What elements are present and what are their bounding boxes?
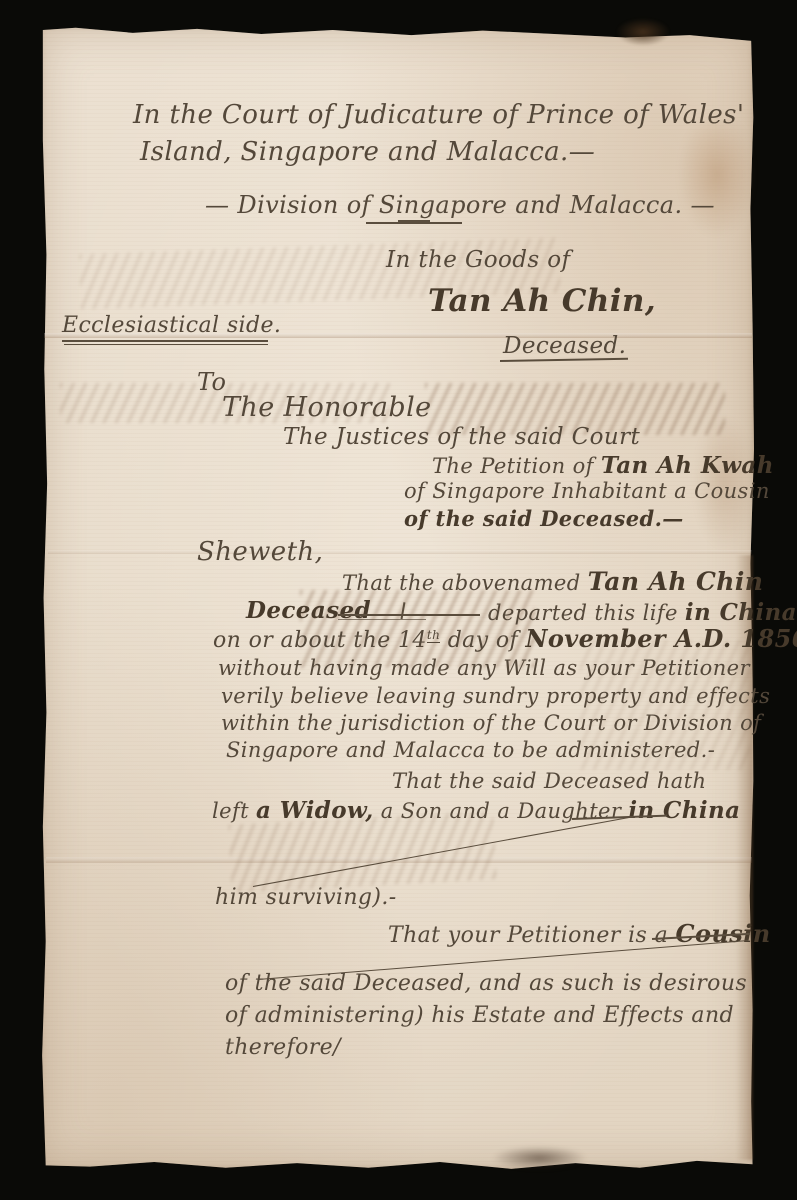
ecclesiastical-underline — [62, 340, 268, 342]
para2-line3: him surviving).- — [215, 886, 397, 910]
deceased-name: Tan Ah Chin, — [428, 284, 656, 318]
petition-intro-line: The Petition of Tan Ah Kwah — [432, 453, 774, 478]
para3-line4: therefore/ — [225, 1036, 341, 1060]
para1-departed-text: departed this life — [488, 601, 678, 625]
ecclesiastical-side-label: Ecclesiastical side. — [62, 314, 281, 338]
son-daughter-text: a Son and a Daughter — [381, 799, 622, 823]
death-date-text: November A.D. 1856.- — [526, 624, 797, 653]
division-header: — Division of Singapore and Malacca. — — [205, 192, 715, 218]
salutation-honorable: The Honorable — [222, 393, 432, 423]
para3-line2: of the said Deceased, and as such is des… — [225, 972, 747, 996]
left-text: left — [212, 799, 249, 823]
blank-fill-line2 — [338, 619, 426, 620]
petition-line3: of the said Deceased.— — [404, 507, 684, 530]
petitioner-is-a-text: That your Petitioner is a — [388, 923, 668, 948]
para1-line1-text: That the abovenamed — [342, 571, 581, 595]
para1-line7: Singapore and Malacca to be administered… — [226, 739, 715, 762]
date-ordinal: th — [427, 628, 440, 643]
in-china-text2: in China — [628, 797, 740, 824]
in-goods-of-label: In the Goods of — [386, 248, 570, 273]
deceased-name-inline: Tan Ah Chin — [588, 567, 764, 596]
para2-line2: left a Widow, a Son and a Daughter in Ch… — [212, 798, 740, 823]
petition-intro-text: The Petition of — [432, 454, 594, 478]
blank-fill-line — [338, 614, 480, 616]
para2-line1: That the said Deceased hath — [392, 770, 706, 793]
day-of-text: day of — [448, 628, 518, 653]
court-header-line2: Island, Singapore and Malacca.— — [140, 138, 595, 167]
edge-smudge — [492, 1146, 587, 1170]
scanned-document-photo: { "colors": { "background": "#0a0a07", "… — [0, 0, 797, 1200]
sheweth-label: Sheweth, — [197, 538, 323, 567]
para1-line6: within the jurisdiction of the Court or … — [221, 712, 761, 735]
ecclesiastical-underline2 — [64, 344, 268, 345]
date-prefix-text: on or about the 14 — [213, 628, 427, 653]
fold-crease-line — [48, 550, 752, 554]
court-header-line1: In the Court of Judicature of Prince of … — [133, 101, 744, 130]
widow-text: a Widow, — [256, 797, 374, 824]
petitioner-name: Tan Ah Kwah — [601, 452, 774, 479]
para1-line2: departed this life in China — [488, 600, 797, 625]
para1-line5: verily believe leaving sundry property a… — [221, 685, 770, 708]
petition-line2: of Singapore Inhabitant a Cousin — [404, 480, 770, 503]
in-china-text: in China — [685, 599, 797, 626]
deceased-label: Deceased. — [503, 334, 626, 359]
para1-line1: That the abovenamed Tan Ah Chin — [342, 568, 763, 596]
para1-line3: on or about the 14th day of November A.D… — [213, 626, 797, 653]
para1-line4: without having made any Will as your Pet… — [218, 657, 750, 680]
division-underline-thick — [398, 220, 430, 224]
ink-stain — [616, 18, 670, 46]
para3-line3: of administering) his Estate and Effects… — [225, 1004, 734, 1028]
salutation-justices: The Justices of the said Court — [283, 425, 640, 450]
